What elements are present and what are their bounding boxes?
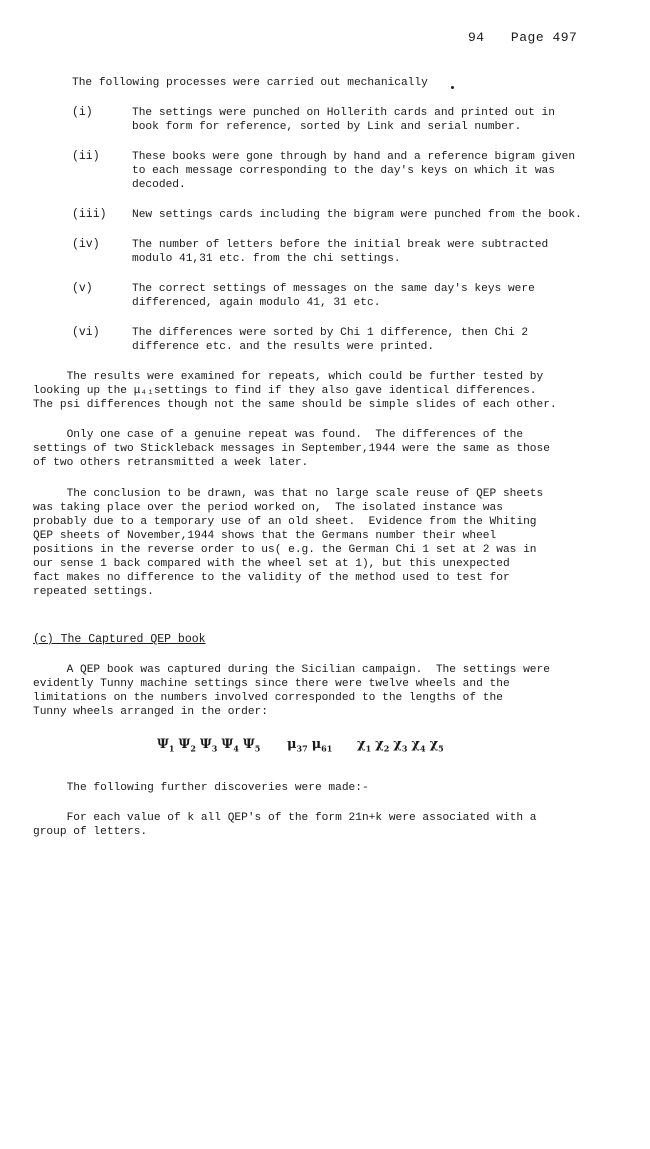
process-text: The correct settings of messages on the … [132, 282, 535, 310]
intro-line: The following processes were carried out… [72, 76, 428, 90]
chi-wheel-symbol: χ5 [430, 737, 444, 752]
page-number: 497 [552, 30, 577, 45]
mu-wheel-symbol: μ61 [312, 737, 333, 752]
mu-wheels: μ37μ61 [287, 737, 336, 754]
section-heading: (c) The Captured QEP book [33, 633, 206, 646]
paragraph: The results were examined for repeats, w… [33, 370, 557, 412]
psi-wheel-symbol: Ψ5 [243, 737, 260, 752]
chi-wheel-symbol: χ4 [411, 737, 425, 752]
page-label: Page [511, 30, 544, 45]
psi-wheel-symbol: Ψ4 [221, 737, 238, 752]
process-number: (v) [72, 282, 93, 295]
chi-wheel-symbol: χ2 [375, 737, 389, 752]
page-header: 94 Page 497 [468, 30, 577, 45]
process-number: (vi) [72, 326, 100, 339]
process-text: The settings were punched on Hollerith c… [132, 106, 555, 134]
process-text: These books were gone through by hand an… [132, 150, 575, 192]
process-number: (ii) [72, 150, 100, 163]
chi-wheel-symbol: χ1 [357, 737, 371, 752]
process-text: New settings cards including the bigram … [132, 208, 582, 222]
paragraph: For each value of k all QEP's of the for… [33, 811, 537, 839]
mu-wheel-symbol: μ37 [287, 737, 308, 752]
psi-wheel-symbol: Ψ3 [200, 737, 217, 752]
psi-wheels: Ψ1Ψ2Ψ3Ψ4Ψ5 [157, 737, 264, 754]
paragraph: A QEP book was captured during the Sicil… [33, 663, 550, 719]
process-text: The differences were sorted by Chi 1 dif… [132, 326, 528, 354]
folio-number: 94 [468, 30, 485, 45]
paragraph: Only one case of a genuine repeat was fo… [33, 428, 550, 470]
process-number: (i) [72, 106, 93, 119]
chi-wheels: χ1χ2χ3χ4χ5 [357, 737, 448, 754]
further-discoveries-line: The following further discoveries were m… [33, 781, 369, 795]
process-number: (iv) [72, 238, 100, 251]
ink-mark [451, 86, 454, 89]
paragraph: The conclusion to be drawn, was that no … [33, 487, 543, 599]
chi-wheel-symbol: χ3 [393, 737, 407, 752]
psi-wheel-symbol: Ψ1 [157, 737, 174, 752]
psi-wheel-symbol: Ψ2 [178, 737, 195, 752]
process-text: The number of letters before the initial… [132, 238, 548, 266]
process-number: (iii) [72, 208, 107, 221]
document-page: 94 Page 497 The following processes were… [0, 0, 650, 1149]
